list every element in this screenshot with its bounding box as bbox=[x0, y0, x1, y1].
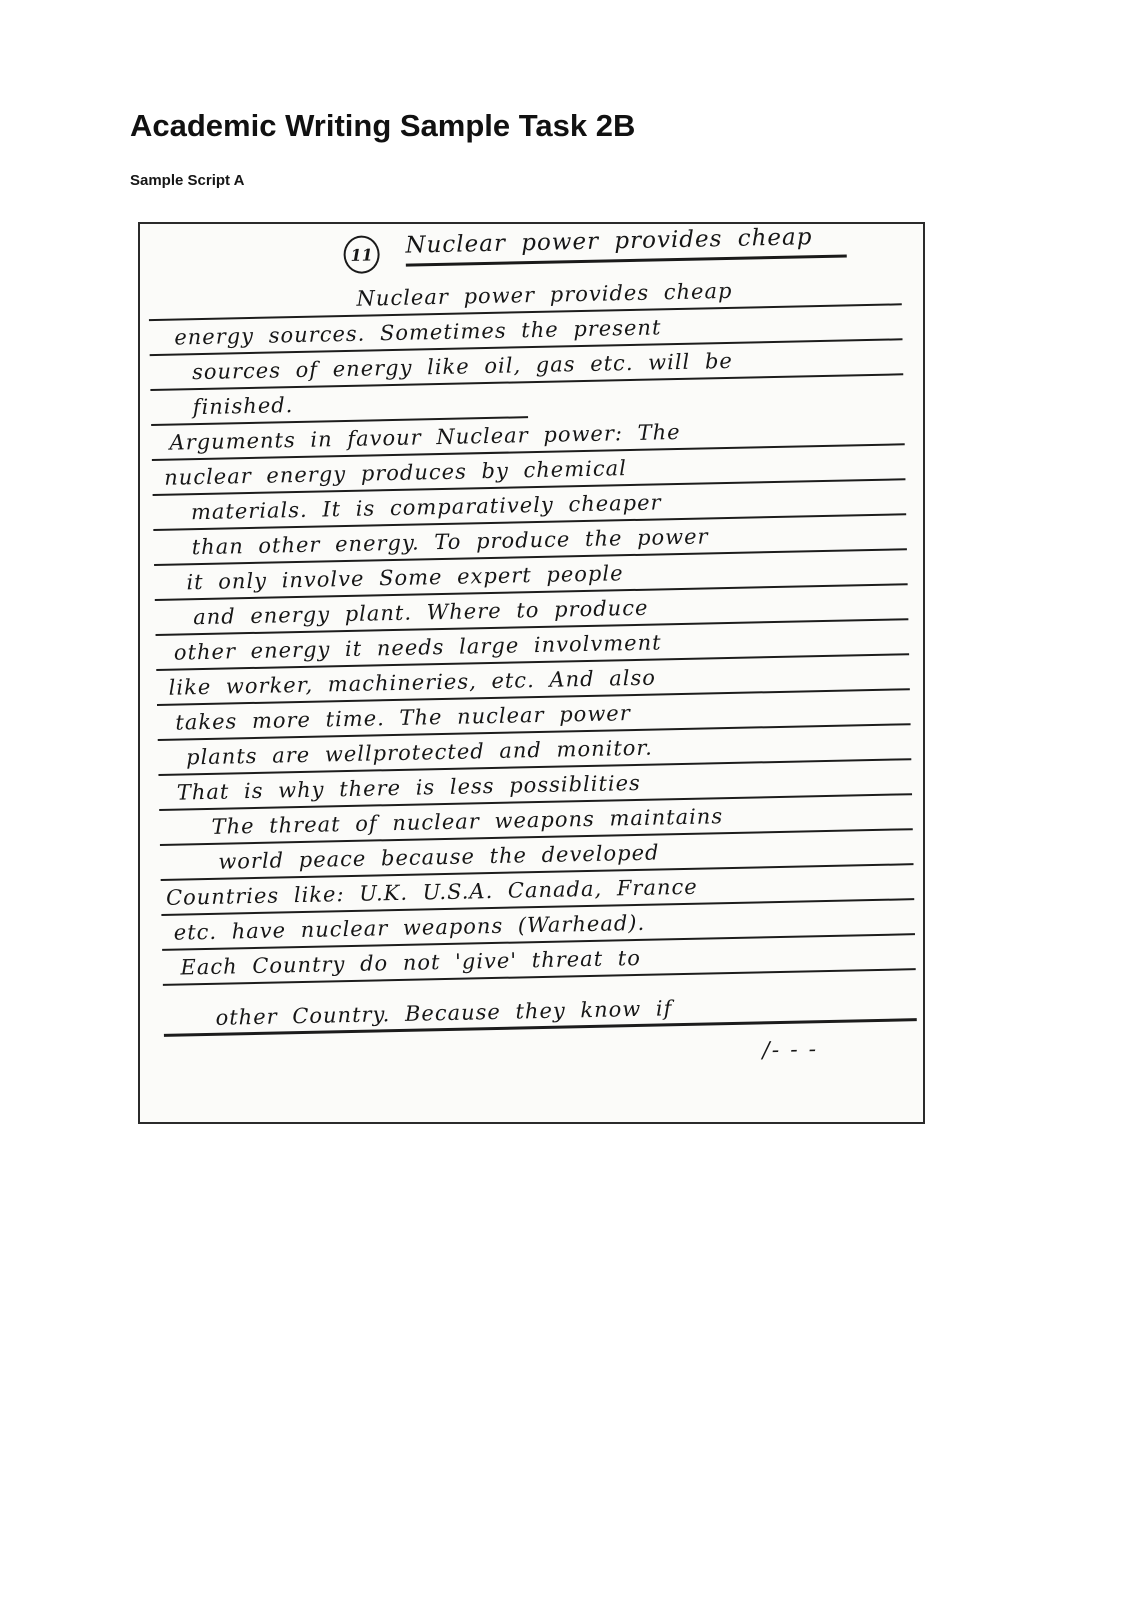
handwritten-script-scan: 11 Nuclear power provides cheap Nuclear … bbox=[138, 222, 925, 1124]
question-number-circle: 11 bbox=[343, 235, 380, 274]
page-title: Academic Writing Sample Task 2B bbox=[130, 108, 635, 144]
continuation-mark: /- - - bbox=[164, 1035, 917, 1076]
manuscript-content: 11 Nuclear power provides cheap Nuclear … bbox=[147, 222, 917, 1076]
manuscript-heading: Nuclear power provides cheap bbox=[405, 223, 847, 266]
page-subtitle: Sample Script A bbox=[130, 172, 244, 189]
manuscript-line: other Country. Because they know if bbox=[163, 986, 917, 1037]
